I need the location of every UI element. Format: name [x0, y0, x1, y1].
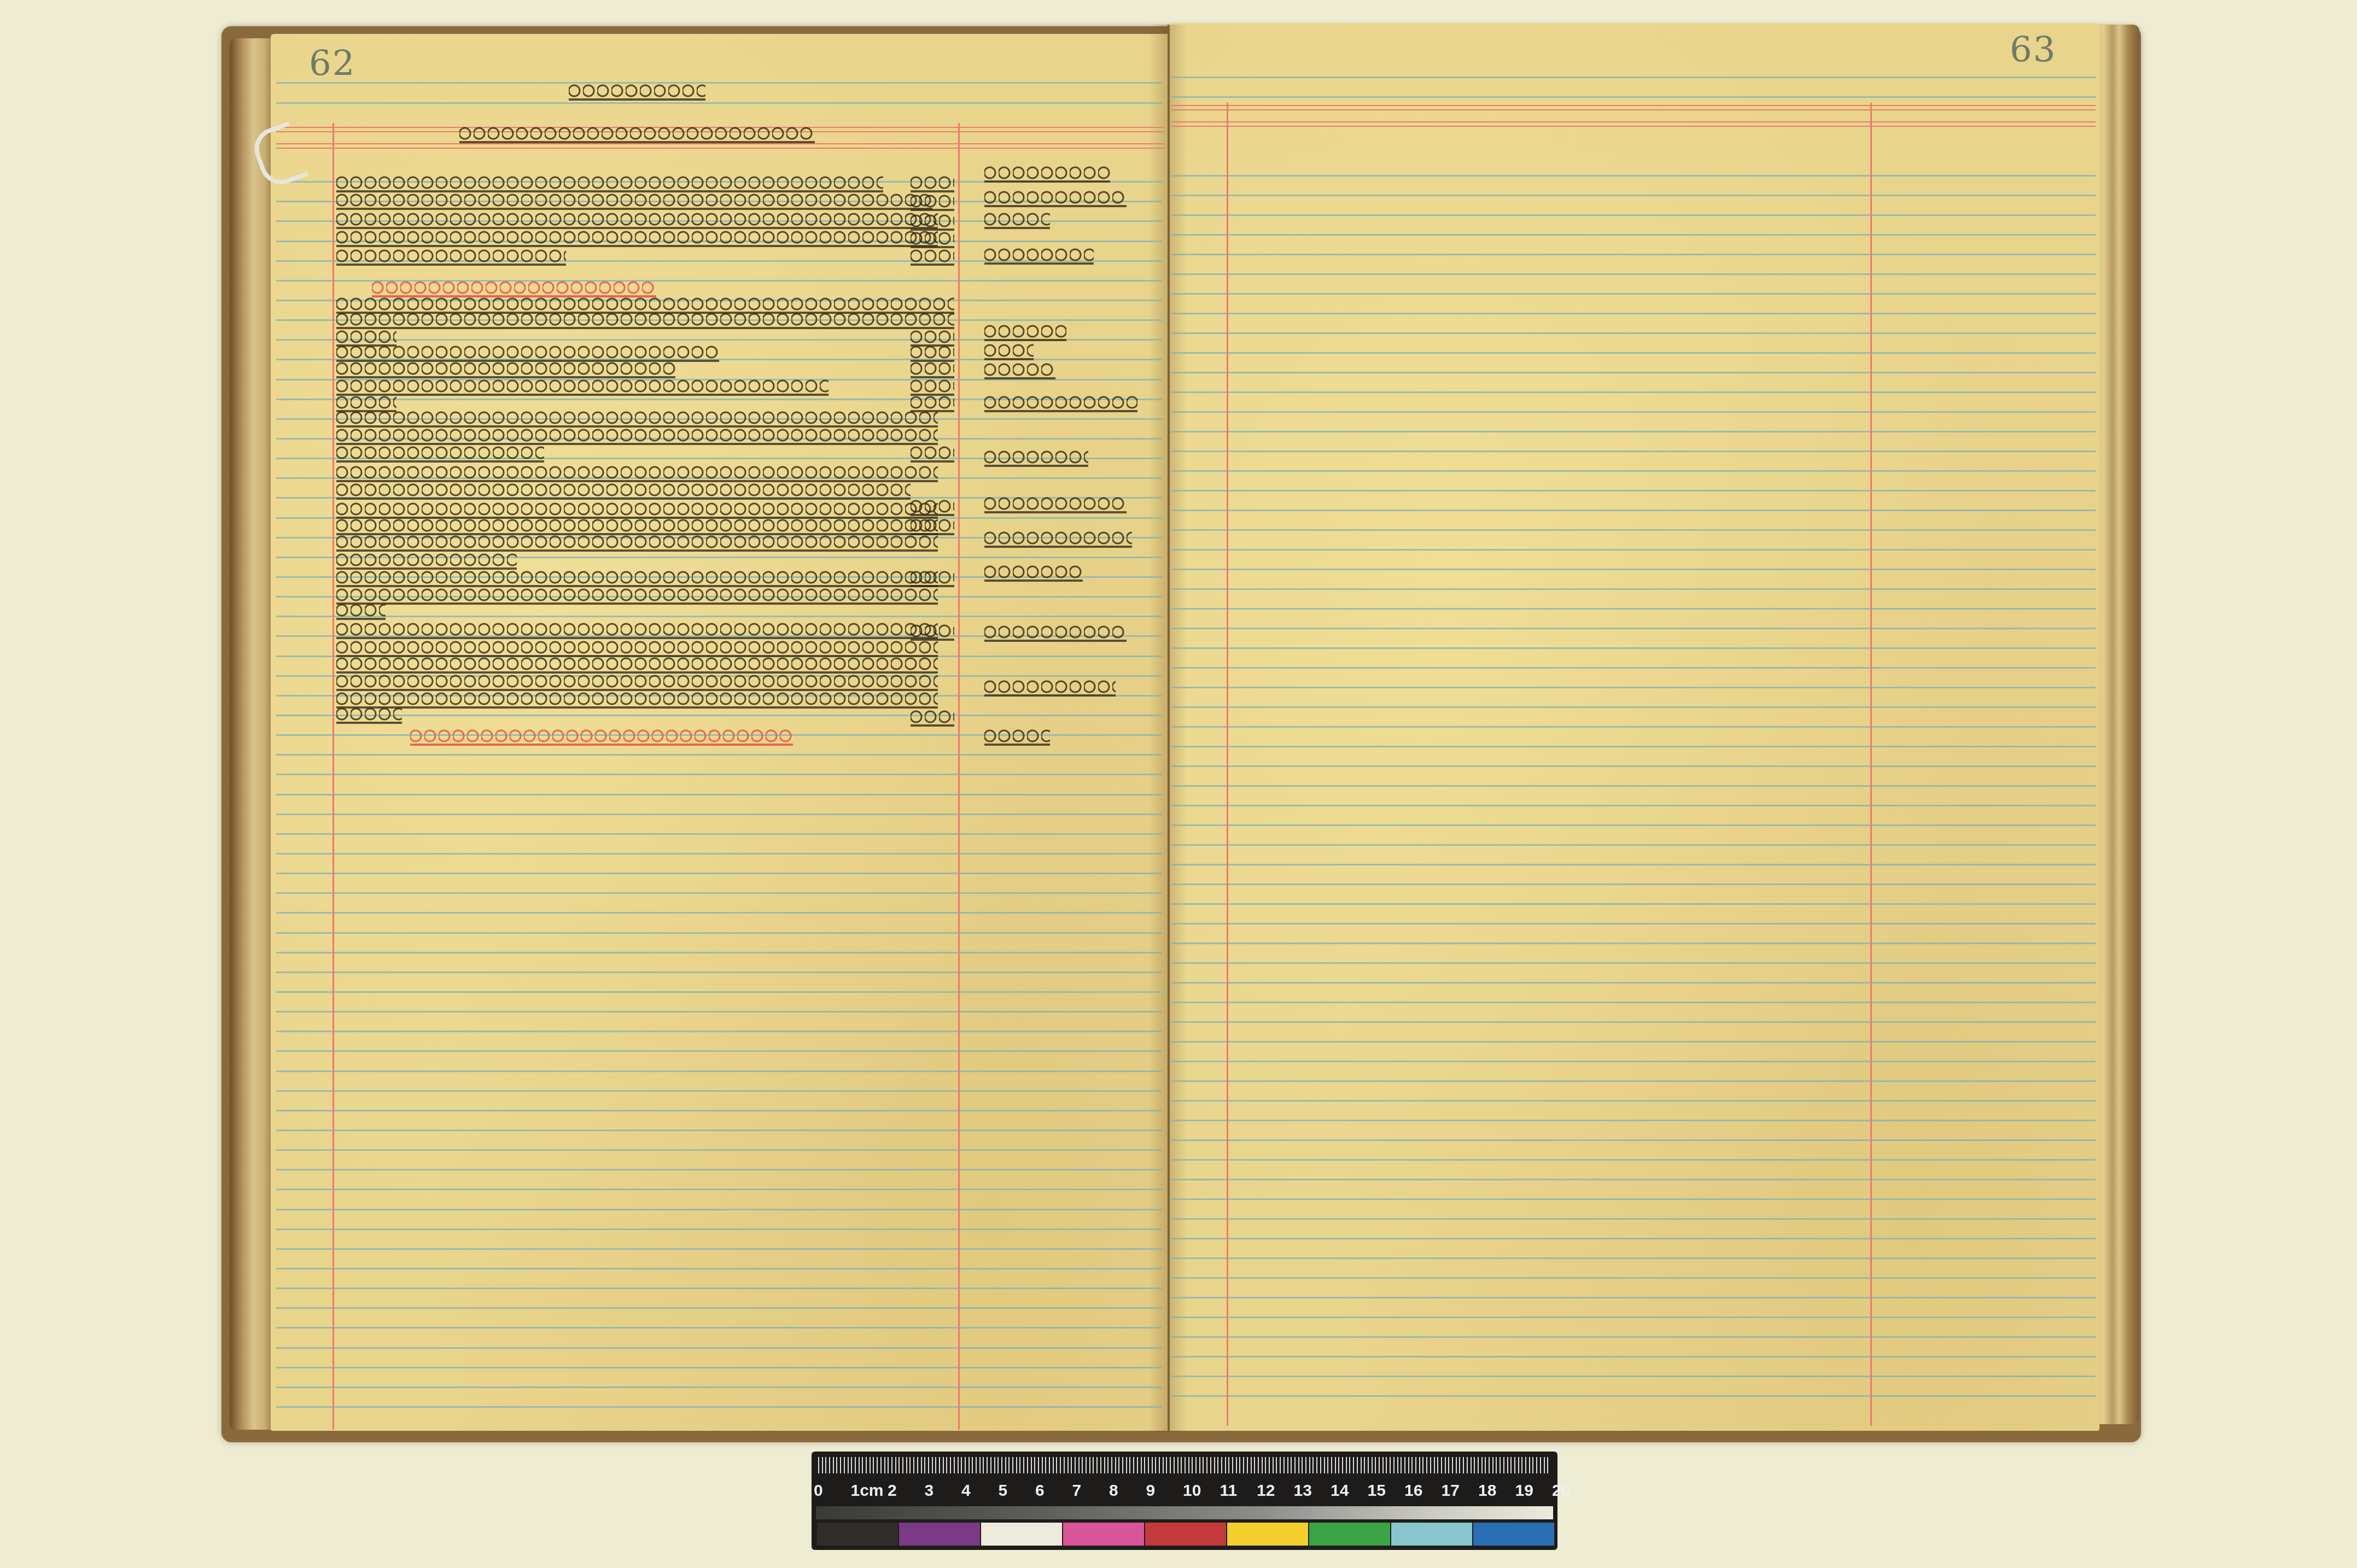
handwritten-line [336, 360, 675, 378]
color-patch [1063, 1523, 1144, 1546]
ruler-label: 10 [1183, 1482, 1201, 1500]
handwritten-line [336, 672, 938, 691]
blue-rule-line [276, 1248, 1162, 1250]
ruler-label: 11 [1220, 1482, 1238, 1500]
blue-rule-line [1171, 96, 2096, 98]
blue-rule-line [1171, 647, 2096, 649]
blue-rule-line [1171, 293, 2096, 295]
blue-rule-line [1171, 1002, 2096, 1003]
blue-rule-line [276, 102, 1162, 104]
ruler-label: 15 [1368, 1482, 1386, 1500]
handwritten-line [336, 500, 938, 519]
blue-rule-line [1171, 1061, 2096, 1062]
blue-rule-line [276, 892, 1162, 894]
blue-rule-line [276, 991, 1162, 993]
red-header-line [1171, 105, 2096, 106]
handwritten-line [336, 517, 938, 535]
blue-rule-line [276, 1031, 1162, 1032]
blue-rule-line [1171, 450, 2096, 452]
blue-rule-line [276, 833, 1162, 835]
blue-rule-line [276, 912, 1162, 914]
handwritten-line [911, 360, 954, 378]
blue-rule-line [276, 1090, 1162, 1092]
handwritten-line [336, 426, 938, 445]
handwritten-line [984, 189, 1127, 207]
blue-rule-line [1171, 1376, 2096, 1377]
page-number-right: 63 [2010, 30, 2056, 71]
handwritten-line [336, 533, 938, 552]
ruler-label: 2 [888, 1482, 897, 1500]
ruler-label: 12 [1257, 1482, 1275, 1500]
ruler-label: 17 [1442, 1482, 1460, 1500]
blue-rule-line [276, 1307, 1162, 1309]
blue-rule-line [1171, 726, 2096, 728]
blue-rule-line [276, 794, 1162, 795]
handwritten-line [984, 164, 1110, 183]
handwritten-line [984, 563, 1083, 582]
handwritten-line [336, 210, 938, 229]
blue-rule-line [1171, 490, 2096, 492]
handwritten-line [336, 174, 883, 192]
blue-rule-line [1171, 1021, 2096, 1023]
blue-rule-line [1171, 824, 2096, 826]
blue-rule-line [276, 754, 1162, 756]
blue-rule-line [1171, 687, 2096, 688]
blue-rule-line [1171, 352, 2096, 354]
color-patch [899, 1523, 980, 1546]
handwritten-line [459, 125, 815, 143]
left-page-stack-edge [230, 38, 273, 1430]
handwritten-line [336, 639, 938, 657]
blue-rule-line [276, 814, 1162, 815]
blue-rule-line [1171, 608, 2096, 610]
handwritten-line [336, 444, 544, 463]
blue-rule-line [1171, 864, 2096, 865]
blue-rule-line [1171, 273, 2096, 275]
blue-rule-line [276, 82, 1162, 84]
color-patch [1391, 1523, 1472, 1546]
handwritten-line [911, 377, 954, 396]
handwritten-line [336, 311, 954, 329]
handwritten-line [911, 498, 954, 516]
blue-rule-line [1171, 431, 2096, 432]
blue-rule-line [1171, 254, 2096, 255]
handwritten-line [911, 192, 954, 211]
color-patch [1309, 1523, 1390, 1546]
color-patch [1145, 1523, 1226, 1546]
handwritten-line [336, 601, 386, 620]
blue-rule-line [276, 1327, 1162, 1329]
handwritten-line [911, 444, 954, 463]
red-margin-line [1227, 103, 1228, 1426]
ruler-label: 13 [1294, 1482, 1312, 1500]
ruler-label: 4 [961, 1482, 971, 1500]
handwritten-line [911, 230, 954, 248]
gutter-fold [1168, 25, 1169, 1432]
blue-rule-line [276, 952, 1162, 953]
blue-rule-line [1171, 1120, 2096, 1121]
blue-rule-line [1171, 923, 2096, 925]
right-page-stack-edge [2095, 25, 2139, 1424]
ruler-label: 7 [1072, 1482, 1082, 1500]
handwritten-line [911, 708, 954, 727]
color-patch [1473, 1523, 1554, 1546]
ruler-label: 1cm [851, 1482, 884, 1500]
blue-rule-line [1171, 844, 2096, 846]
blue-rule-line [276, 1189, 1162, 1190]
handwritten-line [911, 622, 954, 641]
blue-rule-line [276, 1110, 1162, 1111]
blue-rule-line [1171, 569, 2096, 570]
red-header-line [276, 148, 1165, 149]
ruler-label: 14 [1331, 1482, 1349, 1500]
blue-rule-line [1171, 746, 2096, 747]
handwritten-line [984, 678, 1116, 697]
page-number-left: 62 [309, 44, 355, 84]
red-header-line [1171, 109, 2096, 110]
handwritten-line [984, 727, 1050, 746]
blue-rule-line [1171, 549, 2096, 551]
blue-rule-line [276, 1228, 1162, 1230]
gray-scale-strip [816, 1506, 1553, 1519]
blue-rule-line [1171, 884, 2096, 885]
blue-rule-line [276, 1169, 1162, 1171]
blue-rule-line [1171, 1356, 2096, 1358]
blue-rule-line [1171, 1159, 2096, 1161]
handwritten-line [911, 343, 954, 362]
blue-rule-line [276, 1288, 1162, 1289]
red-column-line [1870, 103, 1872, 1426]
handwritten-line [336, 409, 938, 428]
blue-rule-line [1171, 1395, 2096, 1397]
ruler-ticks [818, 1457, 1551, 1473]
handwritten-line [984, 623, 1127, 642]
blue-rule-line [276, 1347, 1162, 1349]
blue-rule-line [1171, 1336, 2096, 1338]
handwritten-line [984, 495, 1127, 513]
handwritten-line [336, 191, 932, 210]
blue-rule-line [1171, 1139, 2096, 1141]
blue-rule-line [276, 873, 1162, 874]
blue-rule-line [1171, 805, 2096, 806]
blue-rule-line [1171, 391, 2096, 393]
handwritten-line [984, 529, 1132, 548]
blue-rule-line [276, 1011, 1162, 1013]
handwritten-red-line [410, 727, 793, 746]
handwritten-line [911, 212, 954, 231]
blue-rule-line [276, 1149, 1162, 1151]
handwritten-line [336, 621, 938, 639]
ruler-label: 16 [1404, 1482, 1422, 1500]
blue-rule-line [276, 853, 1162, 855]
blue-rule-line [1171, 765, 2096, 767]
blue-rule-line [1171, 234, 2096, 236]
blue-rule-line [1171, 1317, 2096, 1318]
handwritten-line [911, 394, 954, 412]
handwritten-line [984, 448, 1088, 467]
handwritten-line [984, 394, 1137, 412]
handwritten-line [984, 246, 1094, 265]
blue-rule-line [276, 616, 1162, 617]
blue-rule-line [1171, 411, 2096, 413]
blue-rule-line [1171, 628, 2096, 629]
ruler-label: 8 [1109, 1482, 1118, 1500]
blue-rule-line [1171, 332, 2096, 334]
handwritten-red-line [372, 279, 656, 297]
blue-rule-line [276, 1209, 1162, 1210]
blue-rule-line [1171, 372, 2096, 373]
handwritten-line [984, 342, 1034, 360]
blue-rule-line [276, 1050, 1162, 1052]
handwritten-line [336, 551, 517, 570]
blue-rule-line [1171, 1041, 2096, 1043]
blue-rule-line [1171, 982, 2096, 984]
blue-rule-line [1171, 470, 2096, 472]
color-patch [981, 1523, 1062, 1546]
red-column-line [958, 123, 960, 1430]
blue-rule-line [1171, 1100, 2096, 1102]
blue-rule-line [1171, 529, 2096, 531]
color-patch [817, 1523, 898, 1546]
ruler-label: 9 [1146, 1482, 1156, 1500]
handwritten-line [911, 517, 954, 535]
blue-rule-line [1171, 1277, 2096, 1279]
blue-rule-line [1171, 175, 2096, 177]
blue-rule-line [1171, 1198, 2096, 1200]
blue-rule-line [276, 1268, 1162, 1269]
blue-rule-line [276, 972, 1162, 973]
blue-rule-line [1171, 1218, 2096, 1220]
handwritten-line [336, 247, 566, 266]
blue-rule-line [1171, 1080, 2096, 1082]
red-header-line [1171, 126, 2096, 127]
handwritten-line [911, 174, 954, 192]
handwritten-line [911, 247, 954, 266]
blue-rule-line [1171, 588, 2096, 590]
ruler-label: 3 [925, 1482, 934, 1500]
handwritten-line [984, 210, 1050, 229]
red-header-line [276, 143, 1165, 144]
blue-rule-line [1171, 1179, 2096, 1180]
blue-rule-line [1171, 785, 2096, 787]
blue-rule-line [1171, 706, 2096, 708]
handwritten-line [336, 481, 911, 500]
ruler-label: 18 [1478, 1482, 1496, 1500]
blue-rule-line [276, 1386, 1162, 1388]
blue-rule-line [1171, 667, 2096, 669]
handwritten-line [336, 705, 402, 724]
blue-rule-line [276, 932, 1162, 934]
blue-rule-line [1171, 903, 2096, 905]
red-margin-line [332, 123, 334, 1430]
handwritten-line [336, 464, 938, 482]
ruler-label: 6 [1035, 1482, 1045, 1500]
blue-rule-line [1171, 195, 2096, 196]
handwritten-line [984, 323, 1066, 341]
handwritten-line [336, 655, 938, 674]
handwritten-line [984, 361, 1055, 379]
handwritten-line [336, 377, 829, 396]
blue-rule-line [1171, 1238, 2096, 1239]
blue-rule-line [276, 1367, 1162, 1368]
handwritten-line [569, 82, 705, 101]
ruler-label: 0 [814, 1482, 823, 1500]
blue-rule-line [1171, 1297, 2096, 1298]
blue-rule-line [276, 715, 1162, 716]
handwritten-line [336, 229, 938, 247]
handwritten-line [336, 343, 719, 362]
red-header-line [1171, 121, 2096, 122]
blue-rule-line [276, 1406, 1162, 1408]
ruler-label: 5 [999, 1482, 1008, 1500]
handwritten-line [336, 586, 938, 605]
blue-rule-line [276, 1130, 1162, 1131]
handwritten-line [336, 569, 938, 587]
ruler-label: 19 [1515, 1482, 1533, 1500]
blue-rule-line [1171, 510, 2096, 511]
color-patch [1227, 1523, 1308, 1546]
blue-rule-line [1171, 313, 2096, 314]
blue-rule-line [276, 774, 1162, 775]
handwritten-line [336, 690, 938, 709]
blue-rule-line [1171, 77, 2096, 78]
blue-rule-line [1171, 1257, 2096, 1259]
blue-rule-line [1171, 962, 2096, 964]
handwritten-line [911, 569, 954, 587]
blue-rule-line [1171, 943, 2096, 944]
blue-rule-line [1171, 214, 2096, 216]
blue-rule-line [276, 1070, 1162, 1072]
ruler-label: 20 [1552, 1482, 1570, 1500]
